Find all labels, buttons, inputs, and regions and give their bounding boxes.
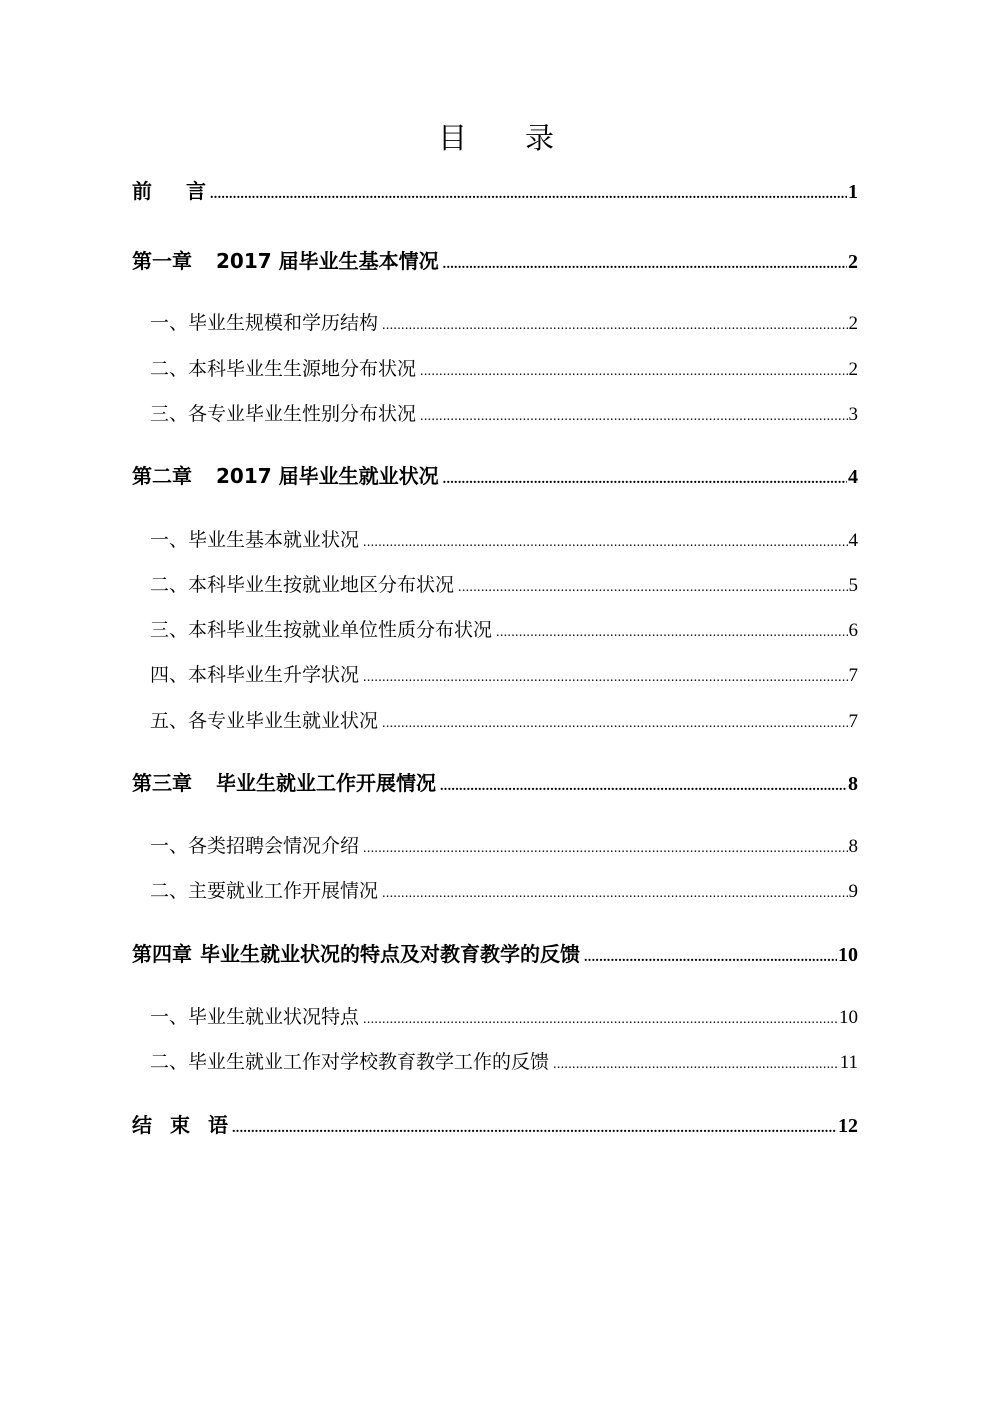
toc-entry-section[interactable]: 三、各专业毕业生性别分布状况 3 [150,400,858,428]
toc-entry-label: 第三章毕业生就业工作开展情况 [132,768,436,798]
toc-entry-section[interactable]: 一、毕业生基本就业状况 4 [150,526,858,554]
leader-dots [382,710,847,738]
toc-page-number: 8 [848,769,858,799]
toc-page-number: 7 [849,662,859,690]
toc-page-number: 9 [849,878,859,906]
toc-entry-section[interactable]: 一、毕业生就业状况特点 10 [150,1003,858,1031]
toc-entry-label: 第一章2017 届毕业生基本情况 [132,246,439,276]
toc-page-number: 2 [849,310,859,338]
toc-entry-label: 三、本科毕业生按就业单位性质分布状况 [150,616,492,644]
leader-dots [382,880,847,908]
toc-entry-label: 五、各专业毕业生就业状况 [150,707,378,735]
toc-entry-label: 四、本科毕业生升学状况 [150,661,359,689]
toc-entry-section[interactable]: 四、本科毕业生升学状况 7 [150,661,858,689]
toc-entry-section[interactable]: 二、主要就业工作开展情况 9 [150,877,858,905]
toc-page-number: 2 [849,356,859,384]
leader-dots [363,835,847,863]
toc-entry-label: 二、本科毕业生生源地分布状况 [150,355,416,383]
leader-dots [443,465,847,495]
document-page: 目录 前言 1 第一章2017 届毕业生基本情况 2 一、毕业生规模和学历结构 … [0,0,992,1403]
toc-page-number: 10 [838,940,858,970]
toc-entry-label: 一、毕业生就业状况特点 [150,1003,359,1031]
toc-page-number: 6 [849,617,859,645]
toc-entry-label: 一、各类招聘会情况介绍 [150,832,359,860]
title-char: 目 [438,118,467,158]
toc-entry-label: 三、各专业毕业生性别分布状况 [150,400,416,428]
leader-dots [584,943,837,973]
leader-dots [382,312,847,340]
leader-dots [363,529,847,557]
toc-entry-label: 前言 [132,176,206,206]
title-char: 录 [525,118,554,158]
toc-entry-label: 第二章2017 届毕业生就业状况 [132,461,439,491]
toc-entry-label: 一、毕业生基本就业状况 [150,526,359,554]
toc-page-number: 2 [848,247,858,277]
toc-entry-label: 二、毕业生就业工作对学校教育教学工作的反馈 [150,1048,549,1076]
toc-entry-section[interactable]: 二、本科毕业生生源地分布状况 2 [150,355,858,383]
toc-page-number: 7 [849,708,859,736]
toc-entry-label: 第四章毕业生就业状况的特点及对教育教学的反馈 [132,939,580,969]
toc-page-number: 4 [848,462,858,492]
toc-entry-section[interactable]: 三、本科毕业生按就业单位性质分布状况 6 [150,616,858,644]
toc-entry-preface[interactable]: 前言 1 [132,176,858,206]
toc-entry-section[interactable]: 一、毕业生规模和学历结构 2 [150,309,858,337]
leader-dots [363,1006,838,1034]
leader-dots [553,1051,839,1079]
toc-entry-section[interactable]: 五、各专业毕业生就业状况 7 [150,707,858,735]
leader-dots [496,619,847,647]
toc-entry-section[interactable]: 二、毕业生就业工作对学校教育教学工作的反馈 11 [150,1048,858,1076]
toc-entry-section[interactable]: 二、本科毕业生按就业地区分布状况 5 [150,571,858,599]
toc-entry-chapter-2[interactable]: 第二章2017 届毕业生就业状况 4 [132,461,858,491]
toc-entry-chapter-3[interactable]: 第三章毕业生就业工作开展情况 8 [132,768,858,798]
toc-page-number: 10 [839,1004,858,1032]
toc-entry-chapter-4[interactable]: 第四章毕业生就业状况的特点及对教育教学的反馈 10 [132,939,858,969]
toc-entry-chapter-1[interactable]: 第一章2017 届毕业生基本情况 2 [132,246,858,276]
leader-dots [232,1114,837,1144]
leader-dots [443,250,847,280]
leader-dots [458,574,847,602]
leader-dots [420,358,847,386]
toc-page-number: 4 [849,527,859,555]
toc-page-number: 11 [840,1049,858,1077]
page-title: 目录 [0,118,992,158]
toc-page-number: 8 [849,833,859,861]
toc-page-number: 1 [848,177,858,207]
leader-dots [440,772,847,802]
toc-entry-label: 二、本科毕业生按就业地区分布状况 [150,571,454,599]
toc-entry-section[interactable]: 一、各类招聘会情况介绍 8 [150,832,858,860]
leader-dots [420,403,847,431]
leader-dots [210,180,847,210]
toc-entry-label: 一、毕业生规模和学历结构 [150,309,378,337]
leader-dots [363,664,847,692]
toc-page-number: 3 [849,401,859,429]
toc-entry-label: 结束语 [132,1110,228,1140]
toc-page-number: 12 [838,1111,858,1141]
toc-entry-label: 二、主要就业工作开展情况 [150,877,378,905]
toc-entry-conclusion[interactable]: 结束语 12 [132,1110,858,1140]
toc-page-number: 5 [849,572,859,600]
